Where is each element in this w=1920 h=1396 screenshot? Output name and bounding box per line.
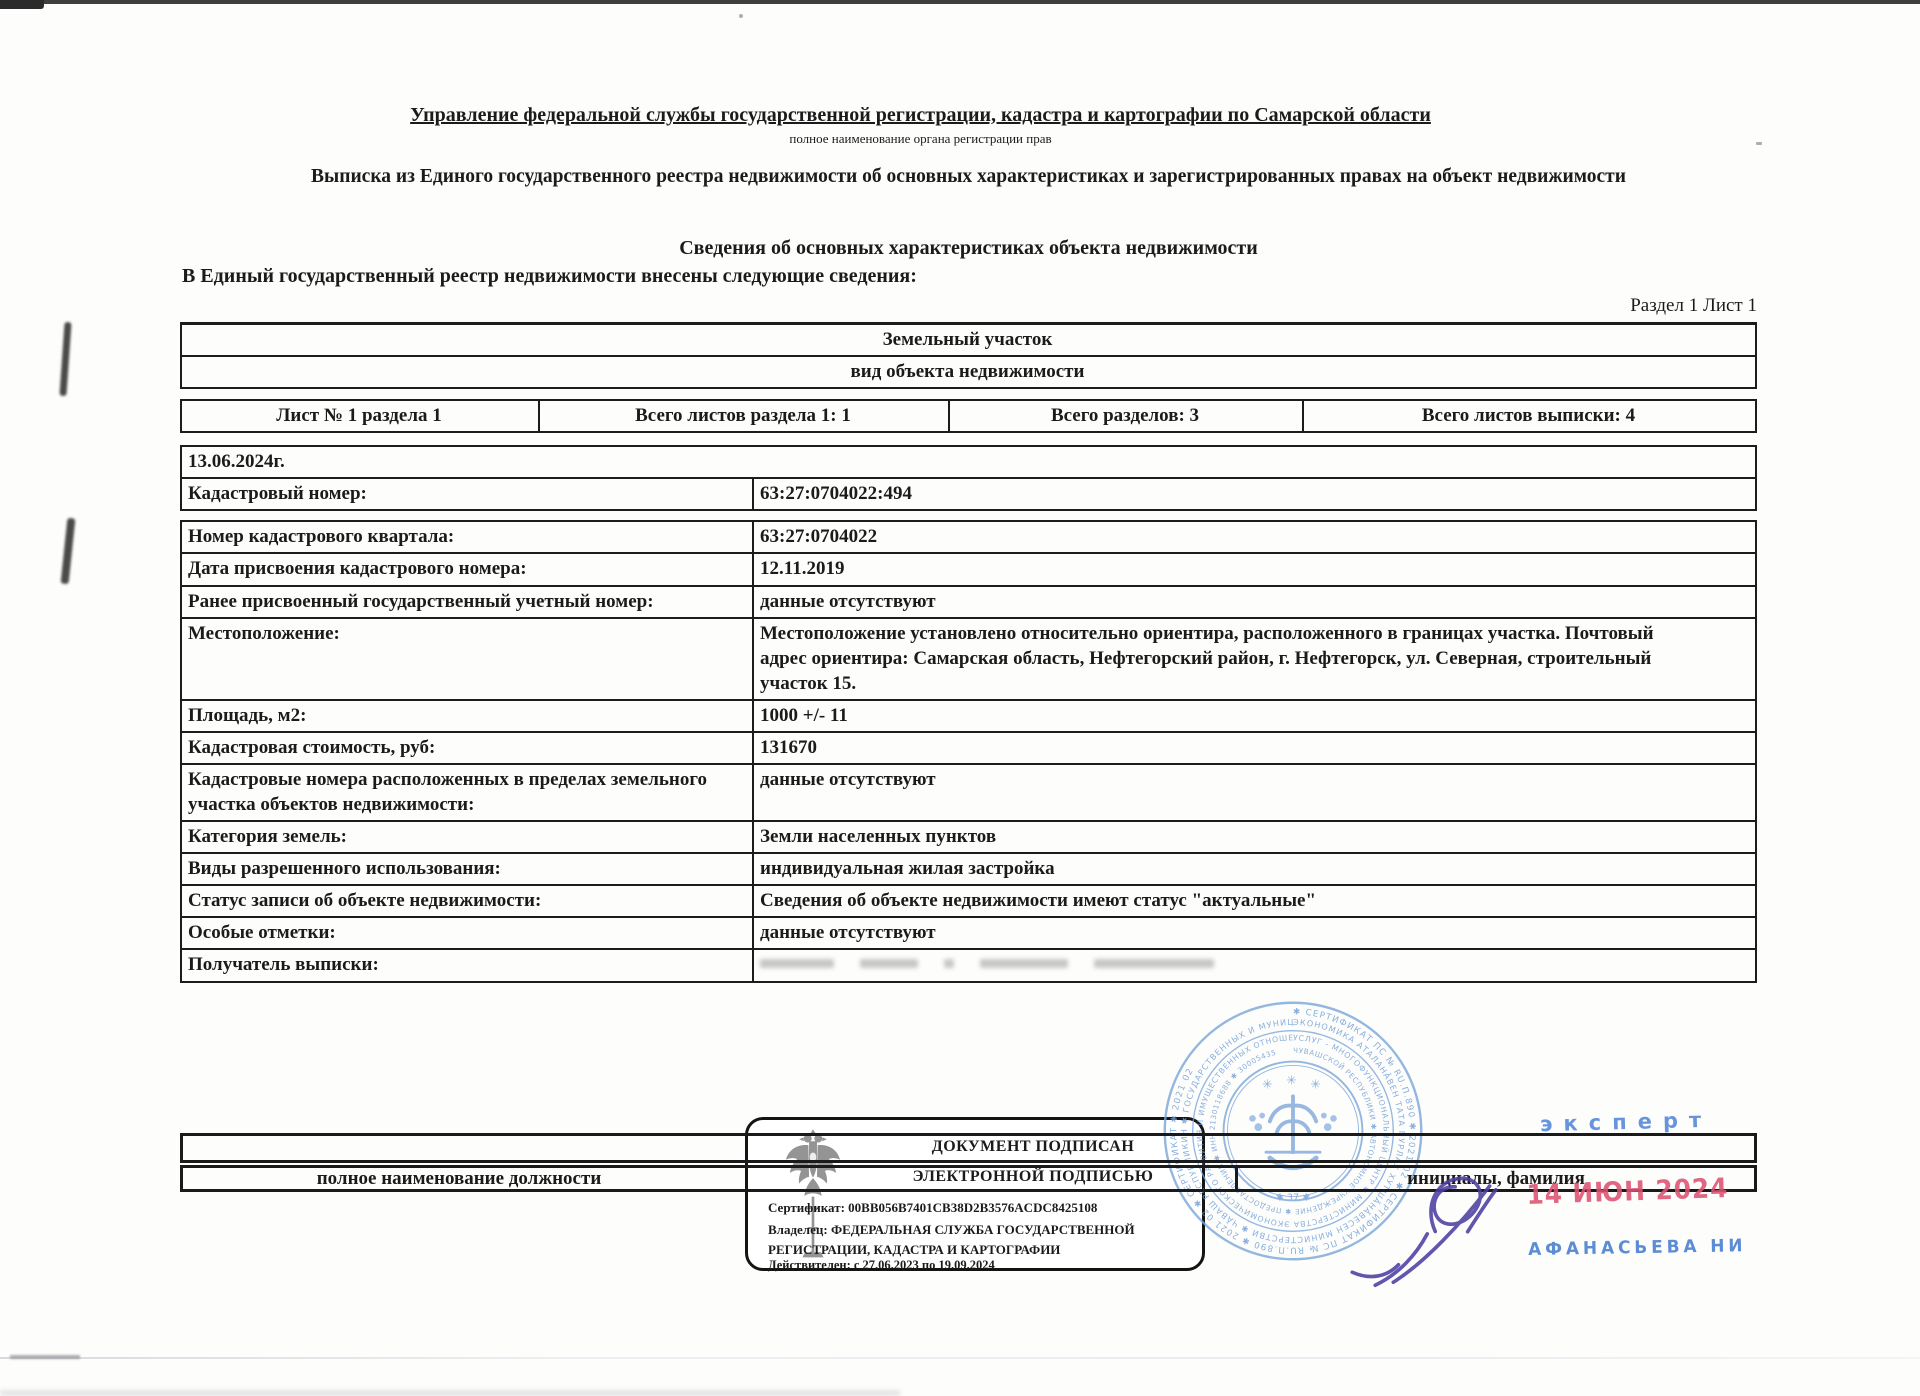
table-cell-label: Кадастровый номер: <box>182 479 754 509</box>
table-value-text: 63:27:0704022 <box>760 524 1672 549</box>
table-value-text: 1000 +/- 11 <box>760 703 1672 728</box>
table-cell-value: Сведения об объекте недвижимости имеют с… <box>754 886 1755 916</box>
svg-text:✳: ✳ <box>1286 1073 1297 1088</box>
authority-caption: полное наименование органа регистрации п… <box>132 131 1709 147</box>
staple-mark <box>61 518 76 584</box>
scan-speck <box>1756 142 1762 145</box>
scan-artifact-top-strip <box>0 0 1920 4</box>
table-value-text: данные отсутствуют <box>760 767 1672 792</box>
document-page: Управление федеральной службы государств… <box>0 0 1920 1396</box>
redacted-smudge <box>980 959 1068 968</box>
table-value-text: данные отсутствуют <box>760 589 1672 614</box>
expert-stamp: эксперт <box>1540 1108 1713 1136</box>
table-row: Кадастровая стоимость, руб:131670 <box>180 731 1757 765</box>
signature-row-empty <box>180 1133 1757 1163</box>
table-cell-value: индивидуальная жилая застройка <box>754 854 1755 884</box>
table-cell-label: Статус записи об объекте недвижимости: <box>182 886 754 916</box>
table-row: Местоположение:Местоположение установлен… <box>180 617 1757 701</box>
position-caption: полное наименование должности <box>183 1168 1235 1189</box>
svg-text:✳: ✳ <box>1262 1077 1273 1092</box>
table-value-text: данные отсутствуют <box>760 920 1672 945</box>
table-row: Кадастровые номера расположенных в преде… <box>180 763 1757 822</box>
table-cell-col4: Лист № 1 раздела 1 <box>182 401 540 431</box>
table-cell-value: 63:27:0704022:494 <box>754 479 1755 509</box>
scan-speck <box>739 14 743 18</box>
table-row: Статус записи об объекте недвижимости:Св… <box>180 884 1757 918</box>
staple-mark <box>59 322 71 396</box>
table-cell-value <box>754 950 1755 980</box>
table-cell-value: Земли населенных пунктов <box>754 822 1755 852</box>
seal-center-number: ✱ 37 ✱ <box>1276 1192 1311 1203</box>
esign-certificate: Сертификат: 00BB056B7401CB38D2B3576ACDC8… <box>768 1200 1097 1216</box>
scan-artifact-corner <box>0 0 44 9</box>
table-cell-label: Получатель выписки: <box>182 950 754 980</box>
table-cell-col4: Всего листов выписки: 4 <box>1304 401 1755 431</box>
table-cell-full: Земельный участок <box>182 325 1755 355</box>
table-value-text: 12.11.2019 <box>760 556 1672 581</box>
svg-text:✳: ✳ <box>1310 1077 1321 1092</box>
table-row: Лист № 1 раздела 1Всего листов раздела 1… <box>180 399 1757 433</box>
table-cell-col4: Всего разделов: 3 <box>950 401 1304 431</box>
table-row: Кадастровый номер:63:27:0704022:494 <box>180 477 1757 511</box>
signature-row-captions: полное наименование должности инициалы, … <box>180 1165 1757 1192</box>
esign-owner-line2: РЕГИСТРАЦИИ, КАДАСТРА И КАРТОГРАФИИ <box>768 1242 1060 1258</box>
table-value-text: 131670 <box>760 735 1672 760</box>
table-row: 13.06.2024г. <box>180 445 1757 479</box>
table-cell-label: Виды разрешенного использования: <box>182 854 754 884</box>
table-cell-value: 63:27:0704022 <box>754 522 1755 552</box>
handwritten-signature <box>1335 1162 1513 1299</box>
table-cell-label: Дата присвоения кадастрового номера: <box>182 554 754 584</box>
table-value-text: Сведения об объекте недвижимости имеют с… <box>760 888 1672 913</box>
table-row: вид объекта недвижимости <box>180 355 1757 389</box>
table-row: Ранее присвоенный государственный учетны… <box>180 585 1757 619</box>
table-cell-value: 12.11.2019 <box>754 554 1755 584</box>
redacted-recipient-value <box>760 954 1747 972</box>
table-cell-value: данные отсутствуют <box>754 765 1755 820</box>
table-row: Земельный участок <box>180 322 1757 357</box>
table-cell-value: 1000 +/- 11 <box>754 701 1755 731</box>
redacted-smudge <box>944 959 954 968</box>
authority-title: Управление федеральной службы государств… <box>132 104 1709 127</box>
section-title: Сведения об основных характеристиках объ… <box>180 237 1757 260</box>
table-row: Особые отметки:данные отсутствуют <box>180 916 1757 950</box>
property-table: Земельный участоквид объекта недвижимост… <box>180 322 1757 983</box>
table-cell-label: Особые отметки: <box>182 918 754 948</box>
redacted-smudge <box>1094 959 1214 968</box>
table-row: Площадь, м2:1000 +/- 11 <box>180 699 1757 733</box>
scan-fold-line <box>0 1357 1920 1359</box>
table-value-text: Местоположение установлено относительно … <box>760 621 1672 696</box>
table-row: Дата присвоения кадастрового номера:12.1… <box>180 552 1757 586</box>
table-row: Категория земель:Земли населенных пункто… <box>180 820 1757 854</box>
table-cell-label: Кадастровые номера расположенных в преде… <box>182 765 754 820</box>
table-cell-label: Номер кадастрового квартала: <box>182 522 754 552</box>
table-cell-value: Местоположение установлено относительно … <box>754 619 1755 699</box>
table-cell-col4: Всего листов раздела 1: 1 <box>540 401 950 431</box>
date-stamp: 14 ИЮН 2024 <box>1526 1173 1729 1211</box>
table-row: Виды разрешенного использования:индивиду… <box>180 852 1757 886</box>
table-cell-label: Ранее присвоенный государственный учетны… <box>182 587 754 617</box>
table-value-text: Земли населенных пунктов <box>760 824 1672 849</box>
table-cell-value: данные отсутствуют <box>754 587 1755 617</box>
scan-fold-mark <box>10 1355 80 1359</box>
table-cell-label: Категория земель: <box>182 822 754 852</box>
table-row: Номер кадастрового квартала:63:27:070402… <box>180 520 1757 554</box>
scan-artifact-bottom <box>0 1390 900 1396</box>
redacted-smudge <box>760 959 834 968</box>
table-cell-full: вид объекта недвижимости <box>182 357 1755 387</box>
table-value-text: индивидуальная жилая застройка <box>760 856 1672 881</box>
table-cell-full: 13.06.2024г. <box>182 447 1755 477</box>
redacted-smudge <box>860 959 918 968</box>
table-cell-value: 131670 <box>754 733 1755 763</box>
esign-validity: Действителен: с 27.06.2023 по 19.09.2024 <box>768 1258 995 1273</box>
esign-owner-line1: Владелец: ФЕДЕРАЛЬНАЯ СЛУЖБА ГОСУДАРСТВЕ… <box>768 1222 1135 1238</box>
table-cell-label: Кадастровая стоимость, руб: <box>182 733 754 763</box>
table-row: Получатель выписки: <box>180 948 1757 982</box>
table-cell-label: Местоположение: <box>182 619 754 699</box>
table-cell-value: данные отсутствуют <box>754 918 1755 948</box>
name-stamp: АФАНАСЬЕВА НИ <box>1528 1236 1747 1260</box>
table-value-text: 63:27:0704022:494 <box>760 481 1672 506</box>
table-cell-label: Площадь, м2: <box>182 701 754 731</box>
intro-line: В Единый государственный реестр недвижим… <box>182 265 917 288</box>
document-title: Выписка из Единого государственного реес… <box>180 166 1757 188</box>
section-page-label: Раздел 1 Лист 1 <box>180 295 1757 317</box>
